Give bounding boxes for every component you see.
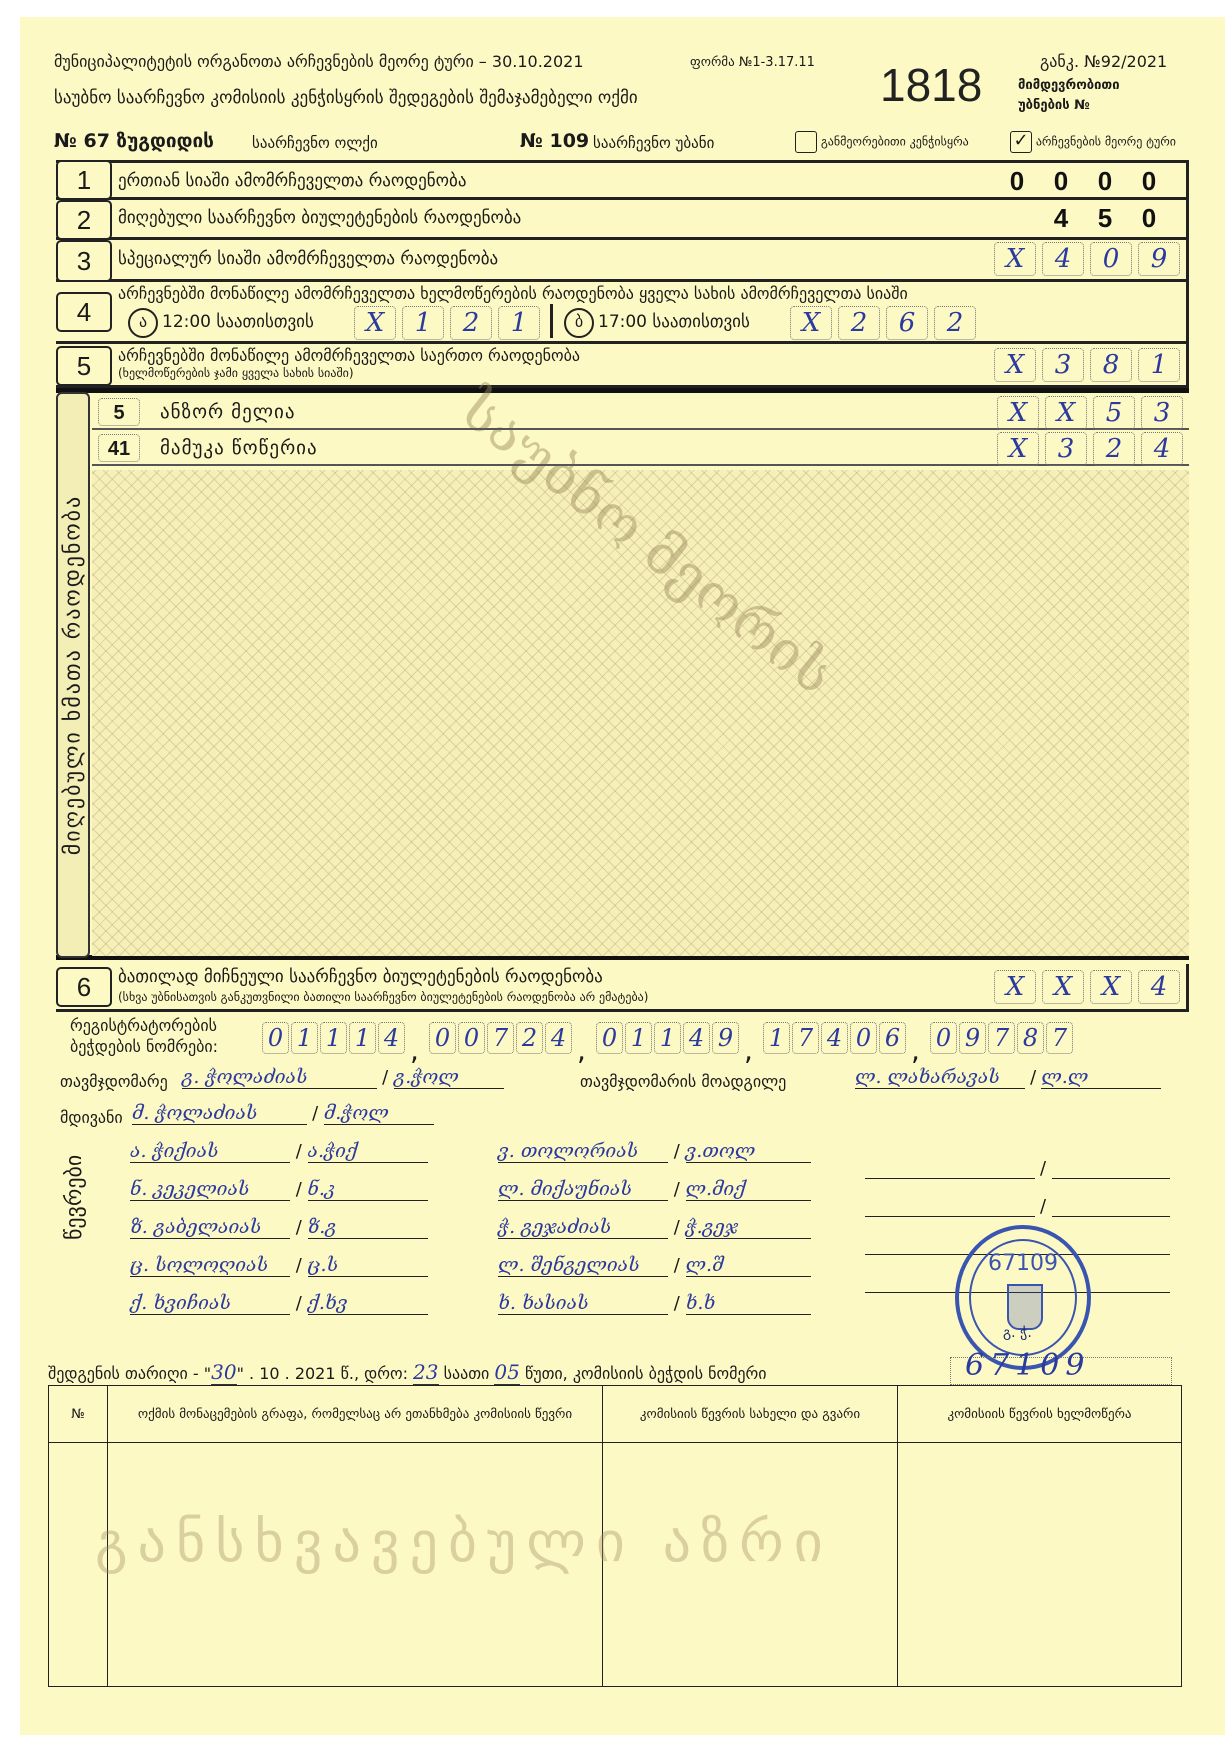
form-number: ფორმა №1-3.17.11 (690, 55, 815, 70)
row-4b: ბ17:00 საათისთვის (564, 308, 750, 338)
member-name: ლ. შენგელიას (498, 1254, 668, 1277)
votes-section-label: მიღებული ხმათა რაოდენობა (56, 392, 90, 958)
row-4b-label: 17:00 საათისთვის (598, 312, 750, 332)
decree-number: განკ. №92/2021 (1040, 52, 1167, 71)
digit-box[interactable]: 3 (1045, 432, 1087, 466)
digit-box[interactable]: 0 (429, 1022, 456, 1054)
slash: / (290, 1141, 308, 1162)
registrar-seal-number[interactable]: 17406 (763, 1022, 906, 1054)
separator: , (577, 1034, 586, 1067)
col-member-name: კომისიის წევრის სახელი და გვარი (603, 1386, 898, 1443)
digit-box[interactable]: 6 (886, 306, 928, 340)
member-sign: ქ.ხვ (308, 1292, 428, 1315)
registrar-label-2: ბეჭდების ნომრები: (70, 1037, 218, 1056)
members-label: წევრები (62, 1155, 87, 1240)
col-field: ოქმის მონაცემების გრაფა, რომელსაც არ ეთა… (108, 1386, 603, 1443)
candidate-row: 5 ანზორ მელია XX53 (92, 396, 1189, 430)
member-name: ნ. კეკელიას (130, 1178, 290, 1201)
candidate-votes[interactable]: X324 (997, 432, 1183, 466)
registrar-seal-number[interactable]: 01149 (596, 1022, 739, 1054)
deputy-sign: ლ.ლ (1041, 1066, 1161, 1089)
repeat-vote-label: განმეორებითი კენჭისყრა (821, 135, 969, 149)
digit-box[interactable]: X (790, 306, 832, 340)
row-4a-letter: ა (128, 308, 158, 338)
member-name: ქ. ხვიჩიას (130, 1292, 290, 1315)
chair-signature[interactable]: გ. ჭოლაძიას / გ.ჭოლ (182, 1066, 504, 1089)
member-sign: ზ.გ (308, 1216, 428, 1239)
row-4b-value[interactable]: X262 (790, 306, 976, 340)
digit-box[interactable]: 4 (1042, 242, 1084, 276)
row-4a-label: 12:00 საათისთვის (162, 312, 314, 332)
digit-box[interactable]: X (1042, 970, 1084, 1004)
deputy-name: ლ. ლახარავას (855, 1066, 1025, 1089)
row-2: მიღებული საარჩევნო ბიულეტენების რაოდენობ… (56, 200, 1189, 240)
commission-seal-number-box[interactable]: 67109 (950, 1357, 1172, 1385)
second-round-option[interactable]: ✓ არჩევნების მეორე ტური (1010, 131, 1176, 153)
digit-box[interactable]: 4 (683, 1022, 710, 1054)
digit-box[interactable]: 7 (1046, 1022, 1073, 1054)
slash: / (290, 1293, 308, 1314)
district-label: საარჩევნო ოლქი (252, 134, 378, 152)
date-prefix: შედგენის თარიღი - (48, 1364, 199, 1383)
slash: / (290, 1217, 308, 1238)
secretary-label: მდივანი (60, 1108, 123, 1127)
slash: / (290, 1255, 308, 1276)
digit-box[interactable]: 3 (1042, 348, 1084, 382)
row-5: არჩევნებში მონაწილე ამომრჩეველთა საერთო … (56, 344, 1189, 388)
digit-box[interactable]: 4 (1138, 970, 1180, 1004)
digit-box[interactable]: X (994, 348, 1036, 382)
slash: / (668, 1217, 686, 1238)
district-number: № 67 ზუგდიდის (54, 130, 214, 152)
precinct-label: საარჩევნო უბანი (593, 134, 714, 152)
second-round-checkbox[interactable]: ✓ (1010, 131, 1032, 153)
blank-sign-line[interactable] (1052, 1158, 1170, 1179)
row-6-label: ბათილად მიჩნეული საარჩევნო ბიულეტენების … (118, 967, 603, 987)
digit-box[interactable]: 8 (1017, 1022, 1044, 1054)
separator: , (410, 1034, 419, 1067)
digit-box[interactable]: 1 (402, 306, 444, 340)
row-3-label: სპეციალურ სიაში ამომრჩეველთა რაოდენობა (118, 249, 498, 269)
digit-box[interactable]: X (1090, 970, 1132, 1004)
member-signature[interactable]: ც. სოლოღიას / ც.ს (130, 1254, 428, 1277)
registrar-seal-number[interactable]: 01114 (262, 1022, 405, 1054)
precinct-number: № 109 (520, 130, 589, 152)
repeat-vote-checkbox[interactable] (795, 131, 817, 153)
secretary-name: მ. ჭოლაძიას (132, 1102, 307, 1125)
digit-box[interactable]: X (997, 432, 1039, 466)
member-signature[interactable]: ქ. ხვიჩიას / ქ.ხვ (130, 1292, 428, 1315)
registrar-seal-number[interactable]: 09787 (930, 1022, 1073, 1054)
date-line: შედგენის თარიღი - "30" . 10 . 2021 წ., დ… (48, 1360, 767, 1384)
members-label-text: წევრები (62, 1155, 87, 1240)
member-sign: ც.ს (308, 1254, 428, 1277)
registrar-label-1: რეგისტრატორების (70, 1016, 217, 1035)
slash: / (1040, 1158, 1046, 1179)
member-sign: ა.ჭიქ (308, 1140, 428, 1163)
slash: / (668, 1179, 686, 1200)
dissent-watermark: განსხვავებული აზრი (95, 1510, 833, 1575)
digit-box[interactable]: 1 (349, 1022, 376, 1054)
digit-box[interactable]: 0 (850, 1022, 877, 1054)
chair-label: თავმჯდომარე (60, 1072, 168, 1091)
digit-box[interactable]: 1 (654, 1022, 681, 1054)
digit-box[interactable]: 2 (450, 306, 492, 340)
digit-box[interactable]: 4 (1141, 432, 1183, 466)
printed-digit: 0 (1130, 166, 1168, 197)
member-name: ვ. თოლორიას (498, 1140, 668, 1163)
row-6-sublabel: (სხვა უბნისათვის განკუთვნილი ბათილი საარ… (118, 990, 648, 1004)
col-number: № (49, 1386, 108, 1443)
chair-name: გ. ჭოლაძიას (182, 1066, 377, 1089)
second-round-label: არჩევნების მეორე ტური (1036, 135, 1176, 149)
digit-box[interactable]: 4 (545, 1022, 572, 1054)
digit-box[interactable]: 8 (1090, 348, 1132, 382)
member-signature[interactable]: ლ. შენგელიას / ლ.შ (498, 1254, 811, 1277)
digit-box[interactable]: 1 (320, 1022, 347, 1054)
digit-box[interactable]: 9 (1138, 242, 1180, 276)
blank-member-line[interactable] (865, 1158, 1035, 1179)
member-signature[interactable]: ნ. კეკელიას / ნ.კ (130, 1178, 428, 1201)
printed-digit: 0 (1086, 166, 1124, 197)
digit-box[interactable]: 1 (763, 1022, 790, 1054)
digit-box[interactable]: 6 (879, 1022, 906, 1054)
date-month-year: . 10 . 2021 წ., დრო: (249, 1364, 408, 1383)
member-name: ხ. ხასიას (498, 1292, 668, 1315)
candidate-row: 41 მამუკა წოწერია X324 (92, 432, 1189, 466)
digit-box[interactable]: 4 (821, 1022, 848, 1054)
serial-label-1: მიმდევრობითი (1018, 78, 1120, 93)
digit-box[interactable]: X (354, 306, 396, 340)
blank-sign-line[interactable] (1052, 1196, 1170, 1217)
digit-box[interactable]: 7 (988, 1022, 1015, 1054)
digit-box[interactable]: 0 (930, 1022, 957, 1054)
digit-box[interactable]: X (994, 242, 1036, 276)
member-signature[interactable]: ხ. ხასიას / ხ.ხ (498, 1292, 811, 1315)
digit-box[interactable]: 9 (959, 1022, 986, 1054)
printed-digit: 0 (1130, 203, 1168, 234)
candidate-number: 5 (98, 398, 140, 426)
digit-box[interactable]: 2 (934, 306, 976, 340)
date-hour[interactable]: 23 (413, 1360, 438, 1385)
row-1-number: 1 (56, 160, 112, 200)
digit-box[interactable]: 0 (458, 1022, 485, 1054)
date-minute[interactable]: 05 (494, 1360, 519, 1385)
digit-box[interactable]: 9 (712, 1022, 739, 1054)
slash: / (668, 1141, 686, 1162)
member-signature[interactable]: ვ. თოლორიას / ვ.თოლ (498, 1140, 811, 1163)
member-sign: ლ.მიქ (686, 1178, 811, 1201)
hour-label: საათი (444, 1364, 490, 1383)
row-4: არჩევნებში მონაწილე ამომრჩეველთა ხელმოწე… (56, 282, 1189, 344)
slash: / (1040, 1196, 1046, 1217)
member-sign: ვ.თოლ (686, 1140, 811, 1163)
row-4-number: 4 (56, 292, 112, 332)
digit-box[interactable]: 2 (1093, 432, 1135, 466)
commission-seal-number: 67109 (965, 1348, 1090, 1383)
row-5-sublabel: (ხელმოწერების ჯამი ყველა სახის სიაში) (118, 366, 354, 380)
row-4a: ა12:00 საათისთვის (128, 308, 314, 338)
digit-box[interactable]: X (994, 970, 1036, 1004)
table-cell[interactable] (898, 1443, 1182, 1687)
member-name: ზ. გაბელაიას (130, 1216, 290, 1239)
separator: , (911, 1034, 920, 1067)
digit-box[interactable]: X (1045, 396, 1087, 430)
digit-box[interactable]: X (997, 396, 1039, 430)
minute-label: წუთი, კომისიის ბეჭდის ნომერი (525, 1364, 767, 1383)
row-4-divider (550, 304, 553, 338)
row-2-label: მიღებული საარჩევნო ბიულეტენების რაოდენობ… (118, 208, 521, 228)
member-name: ა. ჭიქიას (130, 1140, 290, 1163)
digit-box[interactable]: 0 (1090, 242, 1132, 276)
blank-member-line[interactable] (865, 1196, 1035, 1217)
member-name: ჭ. გეჯაძიას (498, 1216, 668, 1239)
candidate-votes[interactable]: XX53 (997, 396, 1183, 430)
printed-digit: 0 (1042, 166, 1080, 197)
row-6-value[interactable]: XXX4 (994, 970, 1180, 1004)
printed-digit: 4 (1042, 203, 1080, 234)
stamp-number: 67109 (959, 1251, 1087, 1276)
row-6: ბათილად მიჩნეული საარჩევნო ბიულეტენების … (56, 964, 1189, 1012)
protocol-title: საუბნო საარჩევნო კომისიის კენჭისყრის შედ… (54, 88, 638, 108)
candidate-number: 41 (98, 434, 140, 462)
row-1-label: ერთიან სიაში ამომრჩეველთა რაოდენობა (118, 171, 466, 191)
stamp-initials: გ. ჭ. (1003, 1325, 1032, 1341)
digit-box[interactable]: 0 (262, 1022, 289, 1054)
row-5-value[interactable]: X381 (994, 348, 1180, 382)
votes-section-label-text: მიღებული ხმათა რაოდენობა (61, 495, 86, 855)
separator: , (744, 1034, 753, 1067)
digit-box[interactable]: 5 (1093, 396, 1135, 430)
serial-label-2: უბნების № (1018, 98, 1090, 113)
registrar-seal-number[interactable]: 00724 (429, 1022, 572, 1054)
member-sign: ჭ.გეჯ (686, 1216, 811, 1239)
member-signature[interactable]: ლ. მიქაუნიას / ლ.მიქ (498, 1178, 811, 1201)
printed-digit: 0 (998, 166, 1036, 197)
member-sign: ნ.კ (308, 1178, 428, 1201)
date-day[interactable]: 30 (211, 1360, 236, 1385)
member-signature[interactable]: ჭ. გეჯაძიას / ჭ.გეჯ (498, 1216, 811, 1239)
row-4-label: არჩევნებში მონაწილე ამომრჩეველთა ხელმოწე… (118, 284, 908, 303)
row-5-number: 5 (56, 346, 112, 386)
slash: / (668, 1293, 686, 1314)
row-3-value[interactable]: X409 (994, 242, 1180, 276)
row-4b-letter: ბ (564, 308, 594, 338)
col-member-signature: კომისიის წევრის ხელმოწერა (898, 1386, 1182, 1443)
row-3-number: 3 (56, 240, 112, 282)
row-3: სპეციალურ სიაში ამომრჩეველთა რაოდენობა X… (56, 240, 1189, 282)
digit-box[interactable]: 2 (516, 1022, 543, 1054)
election-title: მუნიციპალიტეტის ორგანოთა არჩევნების მეორ… (54, 52, 584, 71)
digit-box[interactable]: 1 (291, 1022, 318, 1054)
slash: / (668, 1255, 686, 1276)
member-sign: ხ.ხ (686, 1292, 811, 1315)
candidate-name: მამუკა წოწერია (160, 437, 318, 459)
serial-number: 1818 (880, 58, 982, 112)
row-4a-value[interactable]: X121 (354, 306, 540, 340)
secretary-sign: მ.ჭოლ (324, 1102, 434, 1125)
digit-box[interactable]: 7 (487, 1022, 514, 1054)
candidate-name: ანზორ მელია (160, 401, 295, 423)
digit-box[interactable]: 1 (625, 1022, 652, 1054)
printed-digit: 5 (1086, 203, 1124, 234)
secretary-signature[interactable]: მ. ჭოლაძიას / მ.ჭოლ (132, 1102, 434, 1125)
digit-box[interactable]: 7 (792, 1022, 819, 1054)
row-5-label: არჩევნებში მონაწილე ამომრჩეველთა საერთო … (118, 346, 580, 365)
repeat-vote-option[interactable]: განმეორებითი კენჭისყრა (795, 131, 969, 153)
member-signature[interactable]: ა. ჭიქიას / ა.ჭიქ (130, 1140, 428, 1163)
member-name: ლ. მიქაუნიას (498, 1178, 668, 1201)
row-2-number: 2 (56, 200, 112, 240)
deputy-signature[interactable]: ლ. ლახარავას / ლ.ლ (855, 1066, 1161, 1089)
row-6-number: 6 (56, 967, 112, 1007)
coat-of-arms-icon (1007, 1284, 1043, 1330)
member-name: ც. სოლოღიას (130, 1254, 290, 1277)
digit-box[interactable]: 2 (838, 306, 880, 340)
digit-box[interactable]: 0 (596, 1022, 623, 1054)
member-sign: ლ.შ (686, 1254, 811, 1277)
deputy-label: თავმჯდომარის მოადგილე (580, 1072, 786, 1091)
digit-box[interactable]: 1 (498, 306, 540, 340)
digit-box[interactable]: 1 (1138, 348, 1180, 382)
row-1-value: 0000 (998, 166, 1168, 197)
digit-box[interactable]: 3 (1141, 396, 1183, 430)
row-1: ერთიან სიაში ამომრჩეველთა რაოდენობა 0000 (56, 160, 1189, 200)
slash: / (290, 1179, 308, 1200)
digit-box[interactable]: 4 (378, 1022, 405, 1054)
chair-sign: გ.ჭოლ (394, 1066, 504, 1089)
row-2-value: 450 (1042, 203, 1168, 234)
member-signature[interactable]: ზ. გაბელაიას / ზ.გ (130, 1216, 428, 1239)
